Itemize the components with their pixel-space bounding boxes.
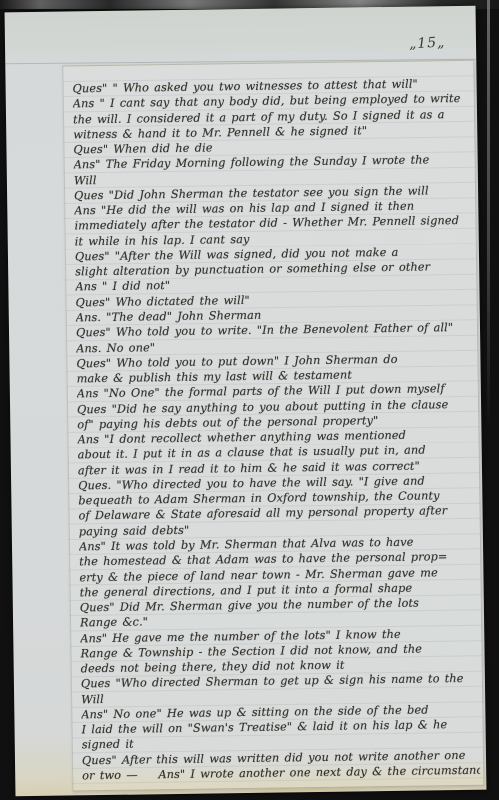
page-number: „15„	[409, 35, 446, 53]
ledger-page: „15„ Ques" " Who asked you two witnesses…	[5, 6, 487, 796]
handwritten-text: Ques" " Who asked you two witnesses to a…	[73, 77, 481, 788]
sleeve-edge-right	[487, 0, 490, 430]
photo-background: { "page": { "number": "„15„", "lines": […	[0, 0, 499, 800]
inner-sheet: Ques" " Who asked you two witnesses to a…	[62, 60, 484, 792]
